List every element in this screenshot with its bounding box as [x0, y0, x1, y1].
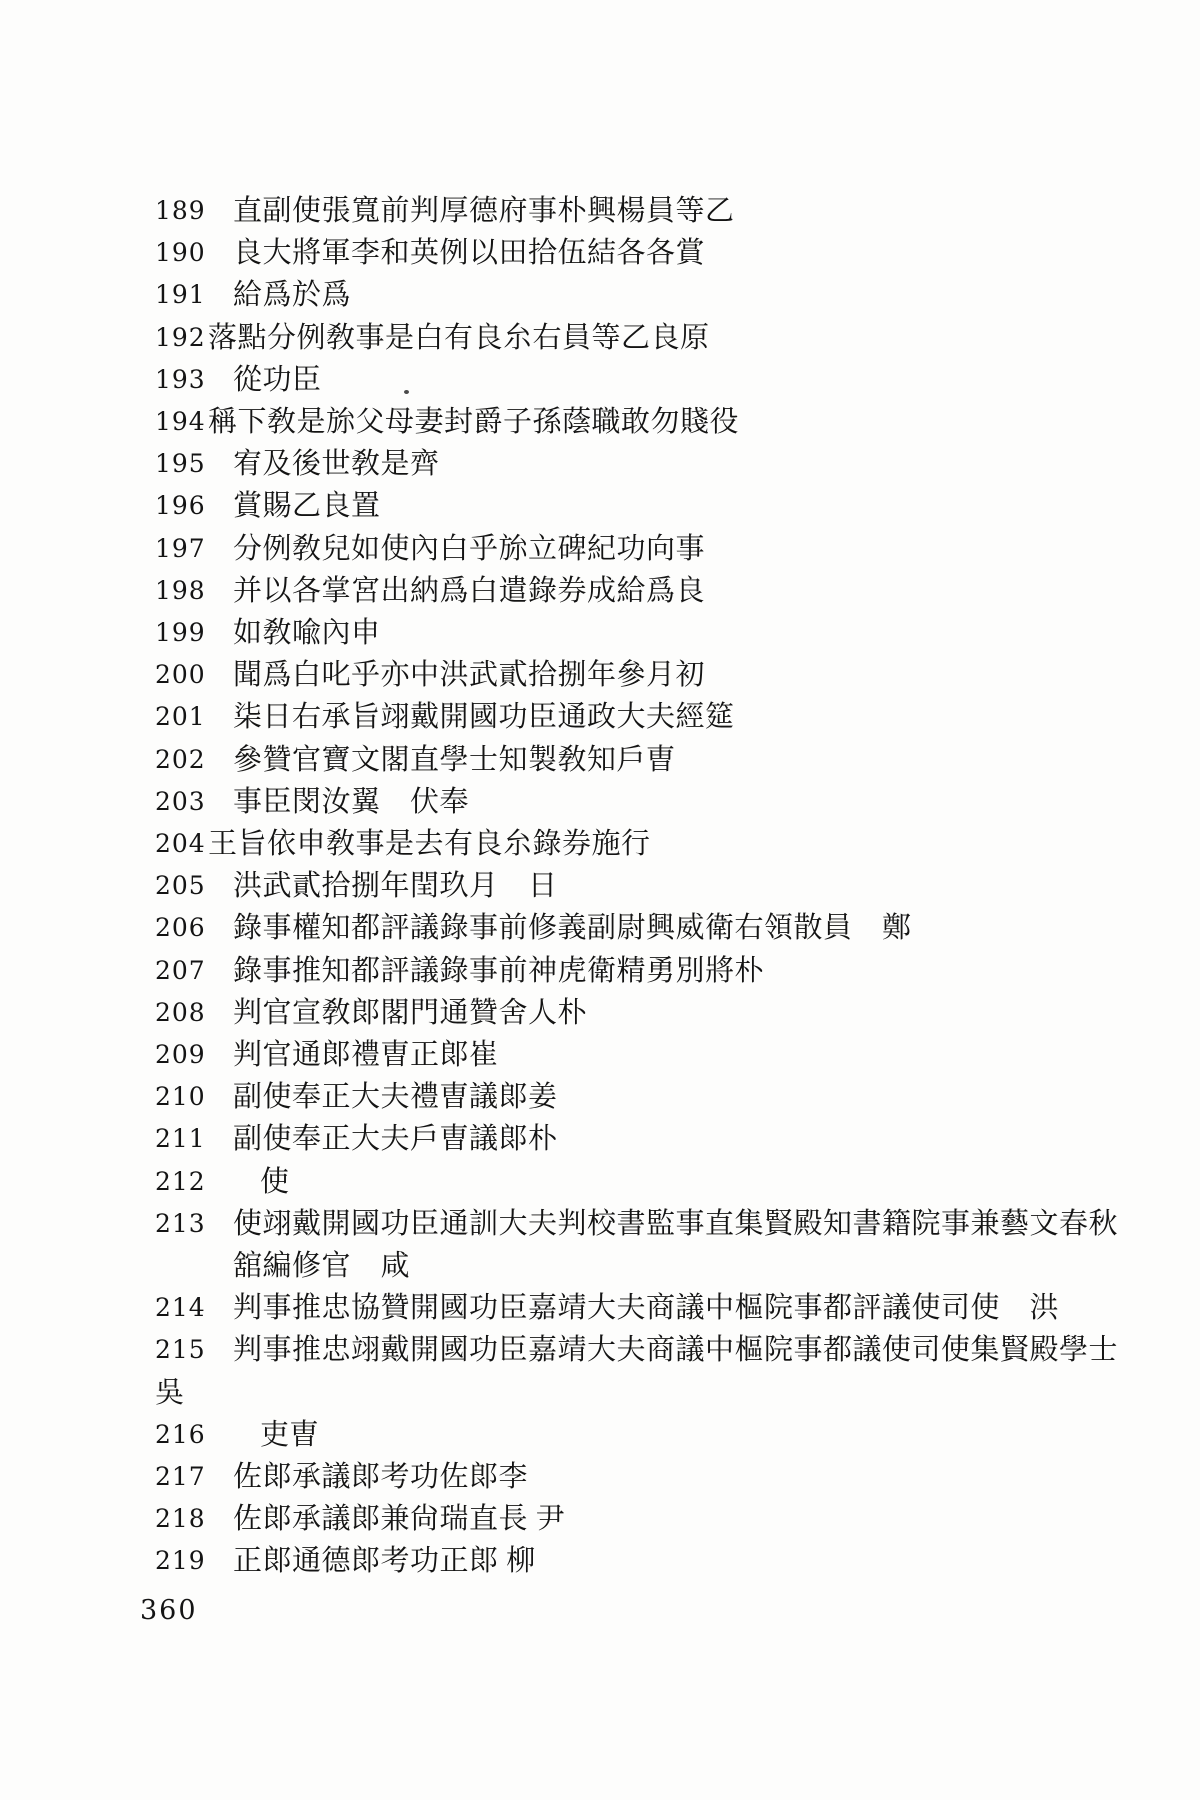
line-text: 判官通郞禮曺正郞崔 [233, 1034, 499, 1076]
line-text: 王旨依申敎事是去有良厼錄券施行 [208, 823, 651, 865]
line-text: 賞賜乙良置 [233, 485, 381, 527]
document-line: 208判官宣敎郞閣門通贊舍人朴 [0, 992, 1200, 1034]
document-line: 201柒日右承旨翊戴開國功臣通政大夫經筵 [0, 696, 1200, 738]
line-text: 參贊官寶文閣直學士知製敎知戶曺 [233, 739, 676, 781]
line-text: 判事推忠翊戴開國功臣嘉靖大夫商議中樞院事都議使司使集賢殿學士 [233, 1329, 1118, 1371]
document-line: 199如敎喩內申 [0, 612, 1200, 654]
line-text: 宥及後世敎是齊 [233, 443, 440, 485]
line-number: 198 [155, 576, 206, 605]
line-text: 使 [260, 1161, 290, 1203]
line-number: 211 [155, 1124, 206, 1153]
document-line: 217佐郞承議郞考功佐郞李 [0, 1456, 1200, 1498]
document-line: 192落點分例敎事是白有良厼右員等乙良原 [0, 317, 1200, 359]
line-text: 吏曺 [260, 1414, 319, 1456]
document-line: 219正郞通德郞考功正郞 柳 [0, 1540, 1200, 1582]
line-number: 212 [155, 1167, 206, 1196]
line-text: 落點分例敎事是白有良厼右員等乙良原 [208, 317, 710, 359]
line-number: 194 [155, 407, 206, 436]
document-line: 207錄事推知都評議錄事前神虎衛精勇別將朴 [0, 950, 1200, 992]
line-number: 205 [155, 871, 206, 900]
document-line: 193從功臣 [0, 359, 1200, 401]
line-text: 稱下敎是旀父母妻封爵子孫蔭職敢勿賤役 [208, 401, 739, 443]
scanned-document-page: 189直副使張寬前判厚德府事朴興楊員等乙190良大將軍李和英例以田拾伍結各各賞1… [0, 0, 1200, 1800]
line-number: 202 [155, 745, 206, 774]
line-text: 錄事權知都評議錄事前修義副尉興威衛右領散員 鄭 [233, 907, 912, 949]
line-number: 217 [155, 1462, 206, 1491]
line-text: 分例敎兒如使內白乎旀立碑紀功向事 [233, 528, 705, 570]
document-line: 190良大將軍李和英例以田拾伍結各各賞 [0, 232, 1200, 274]
document-line: 212使 [0, 1161, 1200, 1203]
line-text: 正郞通德郞考功正郞 柳 [233, 1540, 536, 1582]
line-text: 給爲於爲 [233, 274, 351, 316]
line-number: 193 [155, 365, 206, 394]
document-line: 200聞爲白叱乎亦中洪武貳拾捌年參月初 [0, 654, 1200, 696]
line-text: 吳 [155, 1372, 185, 1414]
line-number: 189 [155, 196, 206, 225]
line-text: 副使奉正大夫戶曺議郞朴 [233, 1118, 558, 1160]
document-line: 吳 [0, 1372, 1200, 1414]
document-line: 舘編修官 咸 [0, 1245, 1200, 1287]
document-line: 206錄事權知都評議錄事前修義副尉興威衛右領散員 鄭 [0, 907, 1200, 949]
document-line: 197分例敎兒如使內白乎旀立碑紀功向事 [0, 528, 1200, 570]
document-line: 196賞賜乙良置 [0, 485, 1200, 527]
page-number: 360 [140, 1595, 198, 1626]
line-text: 如敎喩內申 [233, 612, 381, 654]
line-text: 使翊戴開國功臣通訓大夫判校書監事直集賢殿知書籍院事兼藝文春秋 [233, 1203, 1118, 1245]
ink-dot-artifact [404, 390, 409, 394]
line-text: 佐郞承議郞兼尙瑞直長 尹 [233, 1498, 565, 1540]
line-number: 215 [155, 1335, 206, 1364]
line-number: 214 [155, 1293, 206, 1322]
line-number: 200 [155, 660, 206, 689]
document-line: 204王旨依申敎事是去有良厼錄券施行 [0, 823, 1200, 865]
line-number: 191 [155, 280, 206, 309]
line-text: 直副使張寬前判厚德府事朴興楊員等乙 [233, 190, 735, 232]
document-line: 218佐郞承議郞兼尙瑞直長 尹 [0, 1498, 1200, 1540]
document-line: 205洪武貳拾捌年閏玖月 日 [0, 865, 1200, 907]
line-text: 副使奉正大夫禮曺議郞姜 [233, 1076, 558, 1118]
line-number: 199 [155, 618, 206, 647]
document-line: 210副使奉正大夫禮曺議郞姜 [0, 1076, 1200, 1118]
document-line: 214判事推忠協贊開國功臣嘉靖大夫商議中樞院事都評議使司使 洪 [0, 1287, 1200, 1329]
document-line: 215判事推忠翊戴開國功臣嘉靖大夫商議中樞院事都議使司使集賢殿學士 [0, 1329, 1200, 1371]
line-text: 柒日右承旨翊戴開國功臣通政大夫經筵 [233, 696, 735, 738]
document-line: 194稱下敎是旀父母妻封爵子孫蔭職敢勿賤役 [0, 401, 1200, 443]
line-text: 并以各掌宮出納爲白遣錄券成給爲良 [233, 570, 705, 612]
document-line: 213使翊戴開國功臣通訓大夫判校書監事直集賢殿知書籍院事兼藝文春秋 [0, 1203, 1200, 1245]
line-text: 事臣閔汝翼 伏奉 [233, 781, 469, 823]
line-number: 203 [155, 787, 206, 816]
line-number: 196 [155, 491, 206, 520]
line-text: 判官宣敎郞閣門通贊舍人朴 [233, 992, 587, 1034]
line-number: 204 [155, 829, 206, 858]
line-number: 190 [155, 238, 206, 267]
line-number: 218 [155, 1504, 206, 1533]
document-line: 191給爲於爲 [0, 274, 1200, 316]
line-text: 判事推忠協贊開國功臣嘉靖大夫商議中樞院事都評議使司使 洪 [233, 1287, 1059, 1329]
document-line: 211副使奉正大夫戶曺議郞朴 [0, 1118, 1200, 1160]
line-text: 舘編修官 咸 [233, 1245, 410, 1287]
line-number: 216 [155, 1420, 206, 1449]
document-line: 195宥及後世敎是齊 [0, 443, 1200, 485]
line-number: 208 [155, 998, 206, 1027]
line-number: 192 [155, 323, 206, 352]
document-line: 189直副使張寬前判厚德府事朴興楊員等乙 [0, 190, 1200, 232]
line-text: 洪武貳拾捌年閏玖月 日 [233, 865, 558, 907]
line-number: 195 [155, 449, 206, 478]
line-number: 207 [155, 956, 206, 985]
document-line: 203事臣閔汝翼 伏奉 [0, 781, 1200, 823]
line-text: 良大將軍李和英例以田拾伍結各各賞 [233, 232, 705, 274]
line-number: 219 [155, 1546, 206, 1575]
line-text: 錄事推知都評議錄事前神虎衛精勇別將朴 [233, 950, 764, 992]
document-line: 209判官通郞禮曺正郞崔 [0, 1034, 1200, 1076]
document-line: 202參贊官寶文閣直學士知製敎知戶曺 [0, 739, 1200, 781]
line-text: 從功臣 [233, 359, 322, 401]
line-number: 210 [155, 1082, 206, 1111]
line-text: 佐郞承議郞考功佐郞李 [233, 1456, 528, 1498]
line-number: 206 [155, 913, 206, 942]
line-number: 197 [155, 534, 206, 563]
line-number: 201 [155, 702, 206, 731]
line-number: 213 [155, 1209, 206, 1238]
document-line: 198并以各掌宮出納爲白遣錄券成給爲良 [0, 570, 1200, 612]
document-line: 216吏曺 [0, 1414, 1200, 1456]
line-number: 209 [155, 1040, 206, 1069]
line-text: 聞爲白叱乎亦中洪武貳拾捌年參月初 [233, 654, 705, 696]
